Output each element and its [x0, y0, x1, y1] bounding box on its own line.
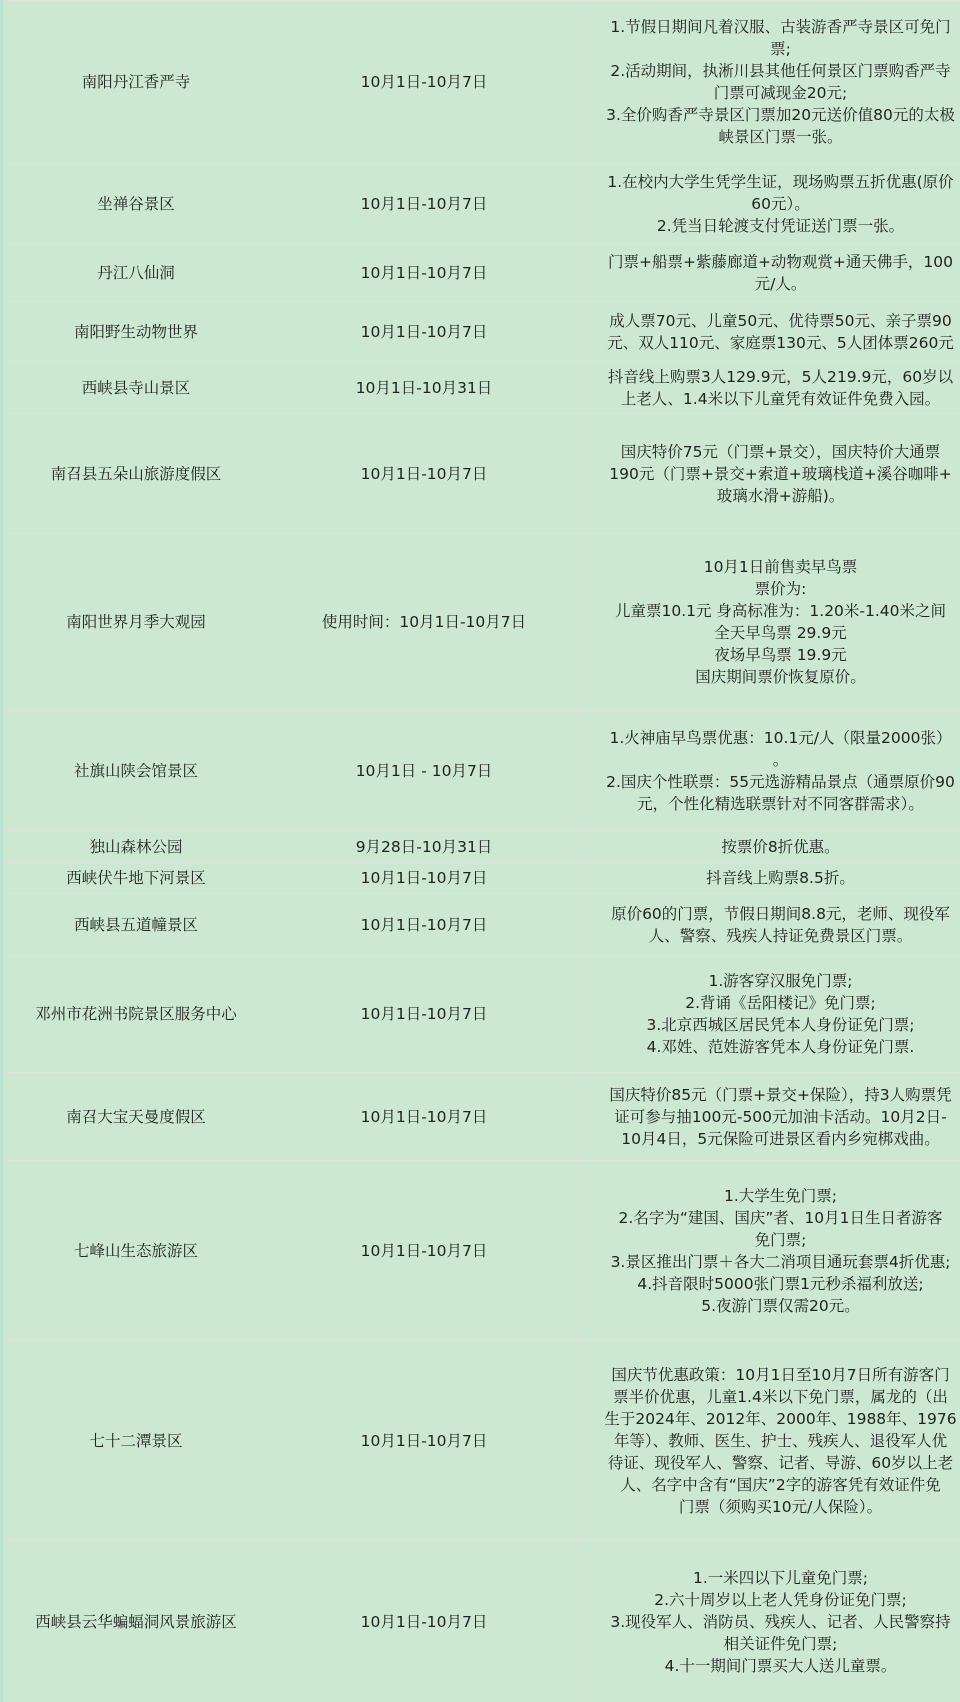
promotion-desc-line: 5.夜游门票仅需20元。	[581, 1295, 960, 1317]
promotion-desc-cell: 1.一米四以下儿童免门票;2.六十周岁以上老人凭身份证免门票;3.现役军人、消防…	[579, 1541, 960, 1702]
promotion-desc-line: 门票可减现金20元;	[581, 82, 960, 104]
table-row: 坐禅谷景区10月1日-10月7日1.在校内大学生凭学生证，现场购票五折优惠(原价…	[3, 164, 960, 244]
promotion-desc-line: 2.名字为“建国、国庆”者、10月1日生日者游客	[581, 1207, 960, 1229]
promotion-desc-line: 3.北京西城区居民凭本人身份证免门票;	[581, 1014, 960, 1036]
promotion-desc-line: 元/人。	[581, 273, 960, 295]
promotion-desc-cell: 1.火神庙早鸟票优惠：10.1元/人（限量2000张）。2.国庆个性联票：55元…	[579, 711, 960, 831]
promotion-desc-line: 国庆期间票价恢复原价。	[581, 666, 960, 688]
promotion-desc-line: 票半价优惠，儿童1.4米以下免门票，属龙的（出	[581, 1386, 960, 1408]
promotion-desc-line: 抖音线上购票3人129.9元，5人219.9元，60岁以	[581, 366, 960, 388]
promotion-desc-line: 国庆特价75元（门票+景交），国庆特价大通票	[581, 441, 960, 463]
promotion-desc-line: 1.火神庙早鸟票优惠：10.1元/人（限量2000张）	[581, 727, 960, 749]
promotion-desc-line: 抖音线上购票8.5折。	[581, 867, 960, 889]
promotion-desc-line: 年等）、教师、医生、护士、残疾人、退役军人优	[581, 1430, 960, 1452]
date-range-cell: 10月1日-10月31日	[270, 362, 579, 414]
scenic-name-cell: 南阳野生动物世界	[3, 302, 270, 362]
promotion-desc-line: 待证、现役军人、警察、记者、导游、60岁以上老	[581, 1452, 960, 1474]
table-row: 七十二潭景区10月1日-10月7日国庆节优惠政策：10月1日至10月7日所有游客…	[3, 1341, 960, 1541]
scenic-name-cell: 社旗山陕会馆景区	[3, 711, 270, 831]
table-body: 南阳丹江香严寺10月1日-10月7日1.节假日期间凡着汉服、古装游香严寺景区可免…	[3, 1, 960, 1702]
date-range-cell: 10月1日-10月7日	[270, 302, 579, 362]
promotion-desc-line: 按票价8折优惠。	[581, 836, 960, 858]
promotion-desc-line: 1.在校内大学生凭学生证，现场购票五折优惠(原价	[581, 171, 960, 193]
scenic-name-cell: 南阳丹江香严寺	[3, 1, 270, 164]
promotion-desc-cell: 原价60的门票，节假日期间8.8元，老师、现役军人、警察、残疾人持证免费景区门票…	[579, 894, 960, 956]
promotion-desc-line: 2.凭当日轮渡支付凭证送门票一张。	[581, 215, 960, 237]
promotion-desc-line: 门票（须购买10元/人保险）。	[581, 1496, 960, 1518]
table-row: 邓州市花洲书院景区服务中心10月1日-10月7日1.游客穿汉服免门票;2.背诵《…	[3, 956, 960, 1073]
promotion-desc-line: 人、警察、残疾人持证免费景区门票。	[581, 925, 960, 947]
scenic-name-cell: 南阳世界月季大观园	[3, 534, 270, 711]
promotion-desc-line: 票;	[581, 38, 960, 60]
date-range-cell: 10月1日-10月7日	[270, 414, 579, 534]
scenic-name-cell: 南召县五朵山旅游度假区	[3, 414, 270, 534]
table-row: 南阳世界月季大观园使用时间：10月1日-10月7日10月1日前售卖早鸟票票价为:…	[3, 534, 960, 711]
date-range-cell: 10月1日-10月7日	[270, 894, 579, 956]
promotion-desc-line: 60元）。	[581, 193, 960, 215]
promotion-desc-line: 上老人、1.4米以下儿童凭有效证件免费入园。	[581, 388, 960, 410]
promotion-desc-line: 10月1日前售卖早鸟票	[581, 556, 960, 578]
promotion-desc-line: 。	[581, 749, 960, 771]
scenic-name-cell: 西峡县五道幢景区	[3, 894, 270, 956]
promotion-desc-line: 10月4日，5元保险可进景区看内乡宛梆戏曲。	[581, 1128, 960, 1150]
date-range-cell: 使用时间：10月1日-10月7日	[270, 534, 579, 711]
promotion-desc-cell: 抖音线上购票8.5折。	[579, 863, 960, 894]
promotion-desc-line: 1.游客穿汉服免门票;	[581, 970, 960, 992]
date-range-cell: 10月1日-10月7日	[270, 863, 579, 894]
promotion-desc-cell: 1.游客穿汉服免门票;2.背诵《岳阳楼记》免门票;3.北京西城区居民凭本人身份证…	[579, 956, 960, 1073]
scenic-name-cell: 南召大宝天曼度假区	[3, 1073, 270, 1161]
scenic-name-cell: 西峡县云华蝙蝠洞风景旅游区	[3, 1541, 270, 1702]
promotion-desc-cell: 门票+船票+紫藤廊道+动物观赏+通天佛手，100元/人。	[579, 244, 960, 302]
promotion-desc-line: 元、双人110元、家庭票130元、5人团体票260元	[581, 332, 960, 354]
scenic-name-cell: 丹江八仙洞	[3, 244, 270, 302]
promotion-desc-cell: 1.在校内大学生凭学生证，现场购票五折优惠(原价60元）。2.凭当日轮渡支付凭证…	[579, 164, 960, 244]
promotion-desc-line: 2.背诵《岳阳楼记》免门票;	[581, 992, 960, 1014]
promotion-desc-cell: 成人票70元、儿童50元、优待票50元、亲子票90元、双人110元、家庭票130…	[579, 302, 960, 362]
promotion-desc-line: 190元（门票+景交+索道+玻璃栈道+溪谷咖啡+	[581, 463, 960, 485]
promotion-table-page: 南阳丹江香严寺10月1日-10月7日1.节假日期间凡着汉服、古装游香严寺景区可免…	[0, 0, 960, 1702]
table-row: 南召大宝天曼度假区10月1日-10月7日国庆特价85元（门票+景交+保险），持3…	[3, 1073, 960, 1161]
promotion-desc-cell: 抖音线上购票3人129.9元，5人219.9元，60岁以上老人、1.4米以下儿童…	[579, 362, 960, 414]
date-range-cell: 10月1日-10月7日	[270, 1, 579, 164]
date-range-cell: 10月1日-10月7日	[270, 164, 579, 244]
promotion-desc-line: 2.国庆个性联票：55元选游精品景点（通票原价90	[581, 771, 960, 793]
table-row: 南阳丹江香严寺10月1日-10月7日1.节假日期间凡着汉服、古装游香严寺景区可免…	[3, 1, 960, 164]
promotion-desc-cell: 国庆特价85元（门票+景交+保险），持3人购票凭证可参与抽100元-500元加油…	[579, 1073, 960, 1161]
promotion-desc-line: 元，个性化精选联票针对不同客群需求）。	[581, 793, 960, 815]
promotion-desc-line: 国庆特价85元（门票+景交+保险），持3人购票凭	[581, 1084, 960, 1106]
promotion-desc-line: 玻璃水滑+游船)。	[581, 485, 960, 507]
promotion-desc-line: 4.邓姓、范姓游客凭本人身份证免门票.	[581, 1036, 960, 1058]
date-range-cell: 10月1日-10月7日	[270, 1341, 579, 1541]
table-row: 南召县五朵山旅游度假区10月1日-10月7日国庆特价75元（门票+景交），国庆特…	[3, 414, 960, 534]
promotion-desc-line: 3.全价购香严寺景区门票加20元送价值80元的太极	[581, 104, 960, 126]
promotion-desc-line: 2.六十周岁以上老人凭身份证免门票;	[581, 1589, 960, 1611]
table-row: 西峡县五道幢景区10月1日-10月7日原价60的门票，节假日期间8.8元，老师、…	[3, 894, 960, 956]
promotion-desc-line: 4.抖音限时5000张门票1元秒杀福利放送;	[581, 1273, 960, 1295]
scenic-name-cell: 七峰山生态旅游区	[3, 1161, 270, 1341]
promotion-desc-cell: 国庆节优惠政策：10月1日至10月7日所有游客门票半价优惠，儿童1.4米以下免门…	[579, 1341, 960, 1541]
promotion-desc-line: 证可参与抽100元-500元加油卡活动。10月2日-	[581, 1106, 960, 1128]
promotion-desc-line: 全天早鸟票 29.9元	[581, 622, 960, 644]
promotion-desc-line: 儿童票10.1元 身高标准为：1.20米-1.40米之间	[581, 600, 960, 622]
scenic-name-cell: 邓州市花洲书院景区服务中心	[3, 956, 270, 1073]
scenic-promotion-table: 南阳丹江香严寺10月1日-10月7日1.节假日期间凡着汉服、古装游香严寺景区可免…	[3, 0, 960, 1702]
date-range-cell: 10月1日-10月7日	[270, 1541, 579, 1702]
promotion-desc-cell: 按票价8折优惠。	[579, 831, 960, 863]
promotion-desc-line: 原价60的门票，节假日期间8.8元，老师、现役军	[581, 903, 960, 925]
promotion-desc-cell: 1.节假日期间凡着汉服、古装游香严寺景区可免门票;2.活动期间，执淅川县其他任何…	[579, 1, 960, 164]
promotion-desc-line: 3.现役军人、消防员、残疾人、记者、人民警察持	[581, 1611, 960, 1633]
table-row: 丹江八仙洞10月1日-10月7日门票+船票+紫藤廊道+动物观赏+通天佛手，100…	[3, 244, 960, 302]
scenic-name-cell: 独山森林公园	[3, 831, 270, 863]
promotion-desc-line: 4.十一期间门票买大人送儿童票。	[581, 1655, 960, 1677]
scenic-name-cell: 坐禅谷景区	[3, 164, 270, 244]
scenic-name-cell: 西峡伏牛地下河景区	[3, 863, 270, 894]
promotion-desc-line: 门票+船票+紫藤廊道+动物观赏+通天佛手，100	[581, 251, 960, 273]
table-row: 独山森林公园9月28日-10月31日按票价8折优惠。	[3, 831, 960, 863]
promotion-desc-line: 人、名字中含有“国庆”2字的游客凭有效证件免	[581, 1474, 960, 1496]
promotion-desc-line: 相关证件免门票;	[581, 1633, 960, 1655]
promotion-desc-line: 1.节假日期间凡着汉服、古装游香严寺景区可免门	[581, 16, 960, 38]
promotion-desc-line: 票价为:	[581, 578, 960, 600]
date-range-cell: 10月1日-10月7日	[270, 244, 579, 302]
date-range-cell: 10月1日-10月7日	[270, 1073, 579, 1161]
promotion-desc-line: 1.一米四以下儿童免门票;	[581, 1567, 960, 1589]
promotion-desc-line: 免门票;	[581, 1229, 960, 1251]
promotion-desc-cell: 1.大学生免门票;2.名字为“建国、国庆”者、10月1日生日者游客免门票;3.景…	[579, 1161, 960, 1341]
promotion-desc-line: 3.景区推出门票＋各大二消项目通玩套票4折优惠;	[581, 1251, 960, 1273]
table-row: 社旗山陕会馆景区10月1日 - 10月7日1.火神庙早鸟票优惠：10.1元/人（…	[3, 711, 960, 831]
scenic-name-cell: 七十二潭景区	[3, 1341, 270, 1541]
promotion-desc-line: 2.活动期间，执淅川县其他任何景区门票购香严寺	[581, 60, 960, 82]
promotion-desc-line: 1.大学生免门票;	[581, 1185, 960, 1207]
table-row: 西峡伏牛地下河景区10月1日-10月7日抖音线上购票8.5折。	[3, 863, 960, 894]
promotion-desc-line: 夜场早鸟票 19.9元	[581, 644, 960, 666]
table-row: 七峰山生态旅游区10月1日-10月7日1.大学生免门票;2.名字为“建国、国庆”…	[3, 1161, 960, 1341]
promotion-desc-cell: 10月1日前售卖早鸟票票价为:儿童票10.1元 身高标准为：1.20米-1.40…	[579, 534, 960, 711]
promotion-desc-line: 生于2024年、2012年、2000年、1988年、1976	[581, 1408, 960, 1430]
promotion-desc-cell: 国庆特价75元（门票+景交），国庆特价大通票190元（门票+景交+索道+玻璃栈道…	[579, 414, 960, 534]
table-row: 西峡县云华蝙蝠洞风景旅游区10月1日-10月7日1.一米四以下儿童免门票;2.六…	[3, 1541, 960, 1702]
date-range-cell: 9月28日-10月31日	[270, 831, 579, 863]
table-row: 西峡县寺山景区10月1日-10月31日抖音线上购票3人129.9元，5人219.…	[3, 362, 960, 414]
date-range-cell: 10月1日 - 10月7日	[270, 711, 579, 831]
date-range-cell: 10月1日-10月7日	[270, 1161, 579, 1341]
promotion-desc-line: 成人票70元、儿童50元、优待票50元、亲子票90	[581, 310, 960, 332]
table-row: 南阳野生动物世界10月1日-10月7日成人票70元、儿童50元、优待票50元、亲…	[3, 302, 960, 362]
scenic-name-cell: 西峡县寺山景区	[3, 362, 270, 414]
date-range-cell: 10月1日-10月7日	[270, 956, 579, 1073]
promotion-desc-line: 国庆节优惠政策：10月1日至10月7日所有游客门	[581, 1364, 960, 1386]
promotion-desc-line: 峡景区门票一张。	[581, 126, 960, 148]
